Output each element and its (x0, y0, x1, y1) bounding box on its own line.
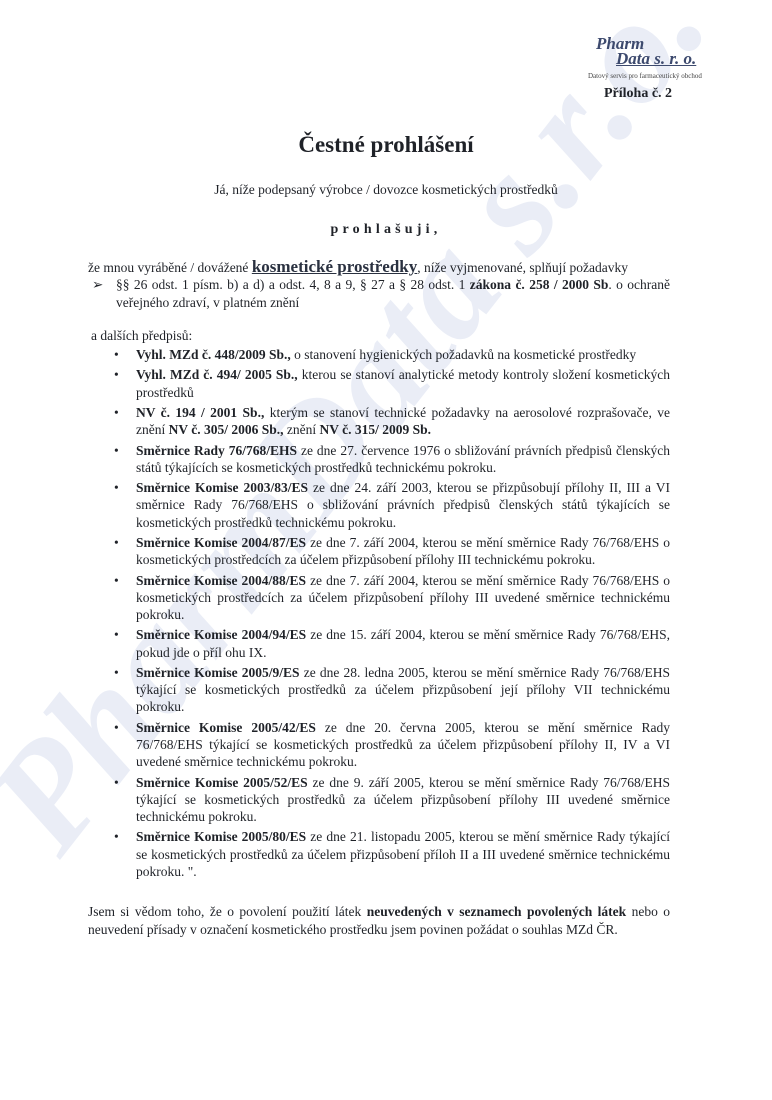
document-title: Čestné prohlášení (0, 132, 772, 158)
regulation-item: •Vyhl. MZd č. 448/2009 Sb., o stanovení … (136, 346, 670, 363)
regulation-item: •Směrnice Komise 2005/9/ES ze dne 28. le… (136, 664, 670, 716)
bullet-icon: • (114, 366, 119, 383)
regulation-item: •Směrnice Komise 2004/94/ES ze dne 15. z… (136, 626, 670, 660)
bullet-icon: • (114, 534, 119, 551)
main-statement: že mnou vyráběné / dovážené kosmetické p… (88, 258, 670, 277)
bullet-icon: • (114, 664, 119, 681)
regulation-reference: Směrnice Komise 2003/83/ES (136, 480, 308, 495)
law-reference: ➢ §§ 26 odst. 1 písm. b) a d) a odst. 4,… (116, 276, 670, 312)
regulation-reference: Směrnice Komise 2005/52/ES (136, 775, 308, 790)
logo-brand-line2: Data s. r. o. (616, 51, 720, 66)
regulation-item: •Směrnice Komise 2005/42/ES ze dne 20. č… (136, 719, 670, 771)
regulation-reference: NV č. 315/ 2009 Sb. (320, 422, 432, 437)
bullet-icon: • (114, 719, 119, 736)
regulation-item: •Směrnice Rady 76/768/EHS ze dne 27. čer… (136, 442, 670, 476)
attachment-label: Příloha č. 2 (604, 86, 672, 102)
bullet-icon: • (114, 346, 119, 363)
other-regulations-label: a dalších předpisů: (91, 328, 192, 344)
bullet-icon: • (114, 572, 119, 589)
closing-note-before: Jsem si vědom toho, že o povolení použit… (88, 904, 367, 919)
arrow-bullet-icon: ➢ (92, 276, 103, 294)
main-statement-after: , níže vyjmenované, splňují požadavky (417, 260, 628, 275)
regulation-reference: Směrnice Komise 2004/88/ES (136, 573, 306, 588)
regulation-reference: Směrnice Komise 2004/87/ES (136, 535, 306, 550)
bullet-icon: • (114, 828, 119, 845)
regulations-list: •Vyhl. MZd č. 448/2009 Sb., o stanovení … (136, 346, 670, 883)
regulation-item: •Směrnice Komise 2004/87/ES ze dne 7. zá… (136, 534, 670, 568)
intro-line: Já, níže podepsaný výrobce / dovozce kos… (0, 182, 772, 198)
logo-tagline: Datový servis pro farmaceutický obchod (588, 72, 720, 80)
regulation-text: o stanovení hygienických požadavků na ko… (291, 347, 636, 362)
logo-brand: Pharm Data s. r. o. (590, 36, 720, 66)
main-statement-before: že mnou vyráběné / dovážené (88, 260, 252, 275)
regulation-reference: Směrnice Komise 2005/80/ES (136, 829, 306, 844)
law-reference-bold: zákona č. 258 / 2000 Sb (470, 277, 609, 292)
regulation-reference: Směrnice Komise 2005/9/ES (136, 665, 300, 680)
main-statement-keyword: kosmetické prostředky (252, 257, 417, 276)
law-reference-before: §§ 26 odst. 1 písm. b) a d) a odst. 4, 8… (116, 277, 470, 292)
declaration-word: prohlašuji, (0, 222, 772, 238)
regulation-item: •Směrnice Komise 2004/88/ES ze dne 7. zá… (136, 572, 670, 624)
regulation-item: •Směrnice Komise 2005/80/ES ze dne 21. l… (136, 828, 670, 880)
regulation-item: •Směrnice Komise 2003/83/ES ze dne 24. z… (136, 479, 670, 531)
regulation-item: •NV č. 194 / 2001 Sb., kterým se stanoví… (136, 404, 670, 438)
regulation-item: •Vyhl. MZd č. 494/ 2005 Sb., kterou se s… (136, 366, 670, 400)
regulation-reference: Vyhl. MZd č. 494/ 2005 Sb., (136, 367, 298, 382)
bullet-icon: • (114, 479, 119, 496)
bullet-icon: • (114, 774, 119, 791)
regulation-reference: Směrnice Komise 2005/42/ES (136, 720, 316, 735)
regulation-reference: Vyhl. MZd č. 448/2009 Sb., (136, 347, 291, 362)
closing-note-bold: neuvedených v seznamech povolených látek (367, 904, 626, 919)
regulation-reference: Směrnice Rady 76/768/EHS (136, 443, 297, 458)
bullet-icon: • (114, 626, 119, 643)
regulation-text: znění (284, 422, 320, 437)
closing-note: Jsem si vědom toho, že o povolení použit… (88, 903, 670, 939)
bullet-icon: • (114, 404, 119, 421)
regulation-item: •Směrnice Komise 2005/52/ES ze dne 9. zá… (136, 774, 670, 826)
regulation-reference: NV č. 194 / 2001 Sb., (136, 405, 264, 420)
regulation-reference: NV č. 305/ 2006 Sb., (169, 422, 284, 437)
bullet-icon: • (114, 442, 119, 459)
regulation-reference: Směrnice Komise 2004/94/ES (136, 627, 306, 642)
company-logo: Pharm Data s. r. o. Datový servis pro fa… (590, 36, 720, 80)
